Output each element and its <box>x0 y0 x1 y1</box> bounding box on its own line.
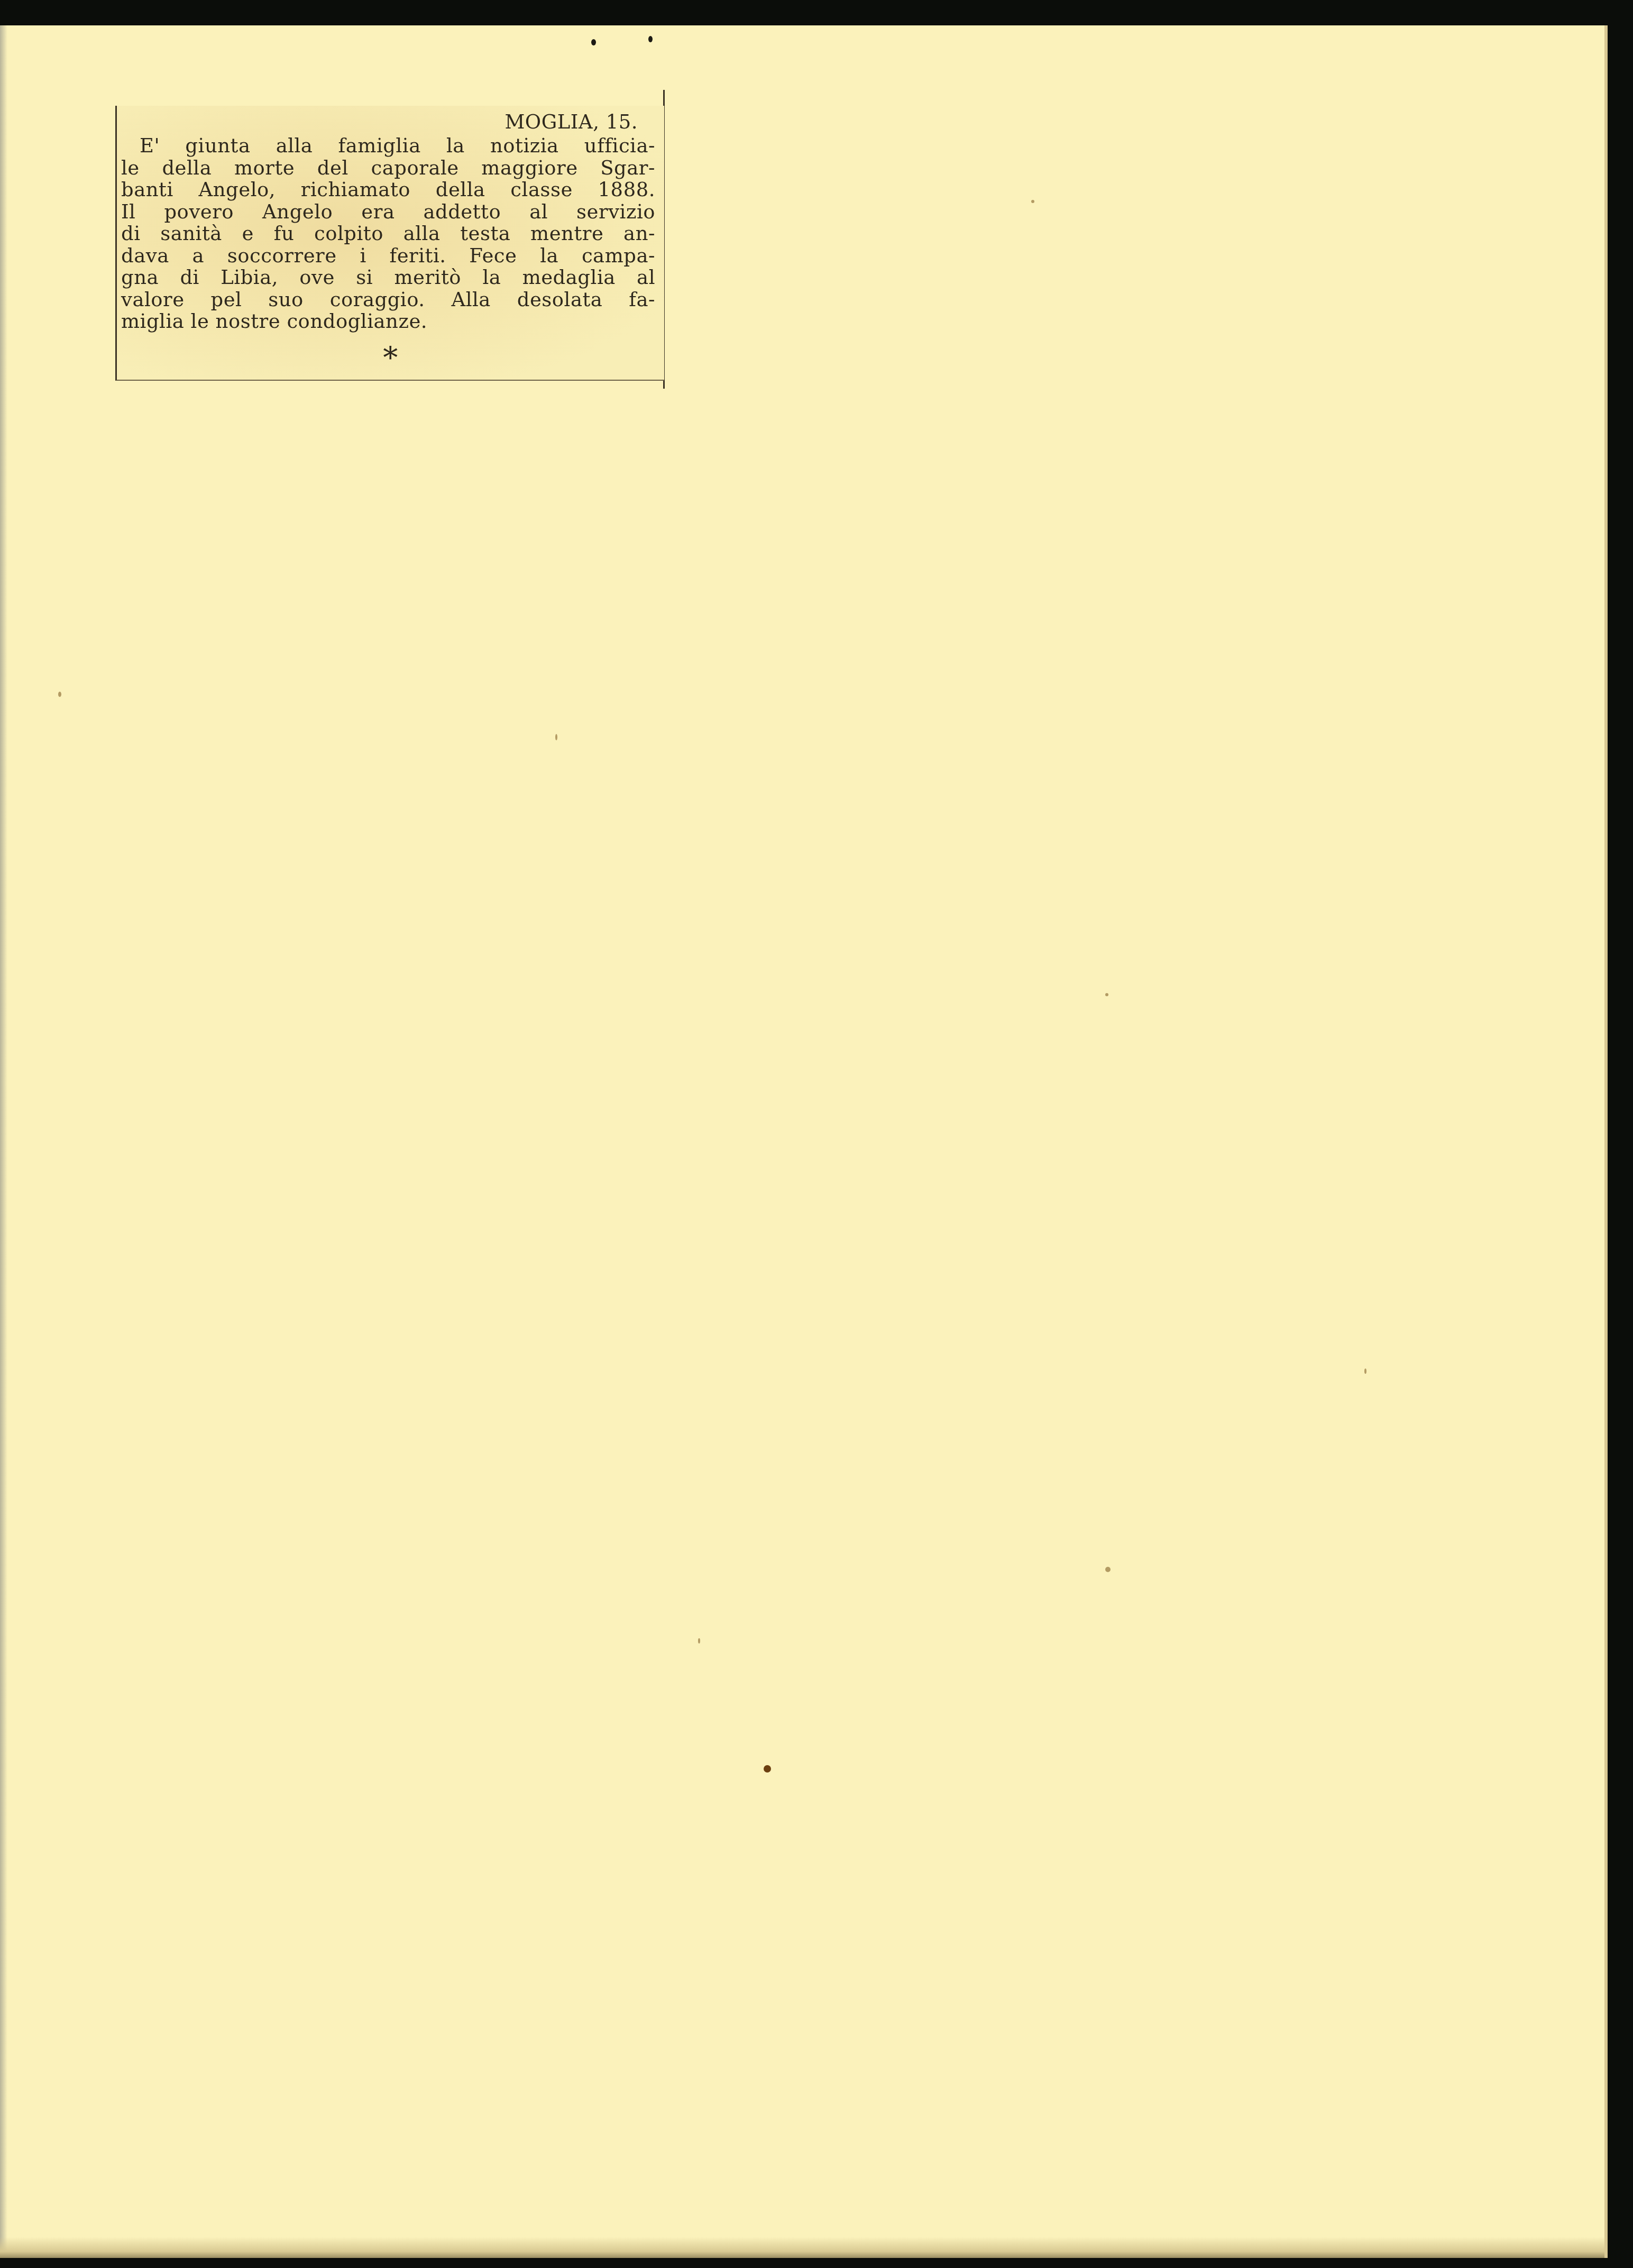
clipping-body: E' giunta alla famiglia la notizia uffic… <box>121 135 655 333</box>
foxing-spot <box>764 1765 771 1773</box>
clipping-line: banti Angelo, richiamato della classe 18… <box>121 179 655 201</box>
foxing-spot <box>58 692 61 697</box>
ink-speck <box>591 39 596 45</box>
asterisk-separator-icon: * <box>117 344 664 373</box>
clipping-line: gna di Libia, ove si meritò la medaglia … <box>121 267 655 289</box>
clipping-line: di sanità e fu colpito alla testa mentre… <box>121 223 655 245</box>
ink-speck <box>648 36 653 42</box>
newspaper-clipping: MOGLIA, 15. E' giunta alla famiglia la n… <box>115 106 664 381</box>
foxing-spot <box>1364 1369 1366 1374</box>
foxing-spot <box>1031 200 1034 203</box>
foxing-spot <box>555 734 557 740</box>
clipping-line: le della morte del caporale maggiore Sga… <box>121 157 655 179</box>
clipping-line: Il povero Angelo era addetto al servizio <box>121 201 655 223</box>
foxing-spot <box>1105 1567 1111 1572</box>
clipping-line: miglia le nostre condoglianze. <box>121 310 655 333</box>
clipping-line: valore pel suo coraggio. Alla desolata f… <box>121 289 655 311</box>
document-page: MOGLIA, 15. E' giunta alla famiglia la n… <box>0 25 1608 2258</box>
foxing-spot <box>698 1638 700 1643</box>
foxing-spot <box>1105 993 1108 996</box>
page-left-edge <box>0 25 7 2258</box>
clipping-line: dava a soccorrere i feriti. Fece la camp… <box>121 245 655 267</box>
clipping-dateline: MOGLIA, 15. <box>504 111 638 133</box>
clipping-line: E' giunta alla famiglia la notizia uffic… <box>121 135 655 157</box>
page-bottom-edge <box>0 2237 1604 2258</box>
